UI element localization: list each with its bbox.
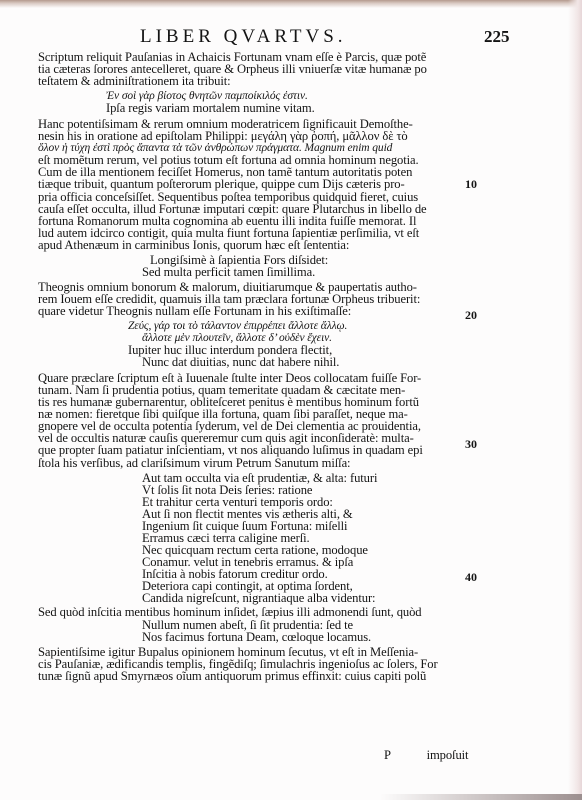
page-number: 225: [484, 26, 510, 48]
verse-line: Candida nigreſcunt, nigrantiaque alba vi…: [38, 592, 438, 604]
verse-line: Aut ſi non flectit mentes vis ætheris al…: [38, 508, 438, 520]
verse-line: Nunc dat diuitias, nunc dat habere nihil…: [38, 356, 438, 368]
page-header: LIBER QVARTVS. 225: [0, 26, 582, 48]
prose-line: que propter ſuam patiatur inſcientiam, v…: [38, 444, 438, 456]
signature-line: P impoſuit: [38, 749, 468, 761]
margin-line-number: 30: [465, 438, 477, 450]
verse-line: Aut tam occulta via eſt prudentiæ, & alt…: [38, 472, 438, 484]
margin-line-number: 10: [465, 178, 477, 190]
verse-line: Nos facimus fortuna Deam, cœloque locamu…: [38, 631, 438, 643]
prose-line: Sed quòd inſcitia mentibus hominum inſid…: [38, 606, 438, 618]
verse-line: Vt ſolis ſit nota Deis ſeries: ratione: [38, 484, 438, 496]
body-text: Scriptum reliquit Pauſanias in Achaicis …: [38, 51, 438, 682]
prose-line: ſtola his verſibus, ad clariſsimum virum…: [38, 457, 438, 469]
verse-line: Ingenium ſit cuique ſuum Fortuna: miſell…: [38, 520, 438, 532]
running-head: LIBER QVARTVS.: [140, 26, 347, 48]
verse-line: Longiſsimè à ſapientia Fors diſsidet:: [38, 254, 438, 266]
prose-line: teſtatem & adminiſtrationem ita tribuit:: [38, 75, 438, 87]
page-top-edge-shadow: [0, 0, 582, 8]
prose-line: fortuna Romanorum multa cognomina ab eue…: [38, 215, 438, 227]
prose-line: nesin his in oratione ad epiſtolam Phili…: [38, 130, 438, 142]
margin-line-number: 40: [465, 571, 477, 583]
prose-line: cauſa eſſet occulta, illud Fortunæ imput…: [38, 203, 438, 215]
prose-line: pria officia conceſsiſſet. Sequentibus p…: [38, 191, 438, 203]
verse-line: Et trahitur certa venturi temporis ordo:: [38, 496, 438, 508]
prose-line: tiæque tribuit, quantum poſterorum pleri…: [38, 178, 438, 190]
catchword: impoſuit: [427, 748, 469, 762]
page-bottom-edge-shadow: [380, 794, 582, 800]
prose-line: tunæ ſignũ apud Smyrnæos oĩum antiquorum…: [38, 670, 438, 682]
signature-mark: P: [384, 748, 390, 762]
margin-line-number: 20: [465, 309, 477, 321]
prose-line: apud Athenæum in carminibus Ionis, quoru…: [38, 239, 438, 251]
greek-line: Ζεύς, γάρ τοι τὸ τάλαντον ἐπιρρέπει ἄλλο…: [38, 320, 438, 332]
prose-line: quare videtur Theognis nullam eſſe Fortu…: [38, 305, 438, 317]
prose-line: lud autem idcirco contigit, quia multa f…: [38, 227, 438, 239]
verse-line: Ipſa regis variam mortalem numine vitam.: [38, 102, 438, 114]
verse-line: Sed multa perficit tamen ſimillima.: [38, 266, 438, 278]
page-right-edge-shadow: [568, 0, 582, 800]
